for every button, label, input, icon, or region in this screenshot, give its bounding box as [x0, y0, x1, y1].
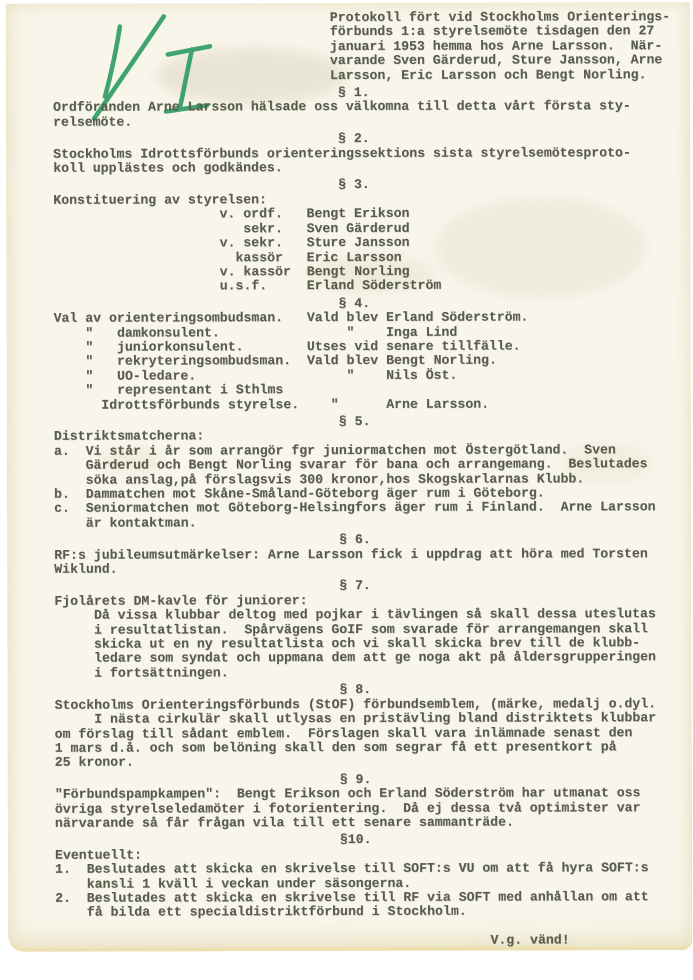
typed-line: koll upplästes och godkändes. — [53, 160, 686, 176]
typed-line: u.s.f. Erland Söderström — [53, 278, 686, 294]
typed-line: 1 mars d.å. och som belöning skall den s… — [55, 740, 688, 756]
typed-line: " UO-ledare. " Nils Öst. — [54, 368, 687, 384]
typed-line: RF:s jubileumsutmärkelser: Arne Larsson … — [54, 547, 687, 563]
typed-line: " representant i Sthlms — [54, 382, 687, 398]
typed-line: relsemöte. — [53, 114, 686, 130]
typed-line: Idrottsförbunds styrelse. " Arne Larsson… — [54, 397, 687, 413]
typed-text-block: Protokoll fört vid Stockholms Orienterin… — [53, 10, 688, 949]
typed-line: 25 kronor. — [55, 754, 688, 770]
typed-line: Stockholms Idrottsförbunds orienteringss… — [53, 146, 686, 162]
section-mark: § 7. — [54, 579, 687, 595]
section-mark: § 5. — [54, 414, 687, 430]
paper-sheet: Protokoll fört vid Stockholms Orienterin… — [6, 2, 692, 952]
page-turn-note: V.g. vänd! — [55, 933, 688, 949]
typed-line: närvarande så får frågan vila till ett s… — [55, 815, 688, 831]
typed-line: c. Seniormatchen mot Göteborg-Helsingfor… — [54, 501, 687, 517]
typed-line: Ordföranden Arne Larsson hälsade oss väl… — [53, 100, 686, 116]
section-mark: §10. — [55, 832, 688, 848]
section-mark: § 3. — [53, 178, 686, 194]
typed-line: i fortsättningen. — [54, 665, 687, 681]
typed-line: ledare som syndat och uppmana dem att ge… — [54, 651, 687, 667]
typed-line: 1. Beslutades att skicka en skrivelse ti… — [55, 861, 688, 877]
typed-line: Wiklund. — [54, 561, 687, 577]
scanned-document: Protokoll fört vid Stockholms Orienterin… — [0, 0, 693, 980]
typed-line: Val av orienteringsombudsman. Vald blev … — [54, 310, 687, 326]
typed-line: är kontaktman. — [54, 515, 687, 531]
typed-line: v. sekr. Sture Jansson — [53, 235, 686, 251]
typed-line: få bilda ett specialdistriktförbund i St… — [55, 904, 688, 920]
header-line: Larsson, Eric Larsson och Bengt Norling. — [53, 68, 686, 84]
